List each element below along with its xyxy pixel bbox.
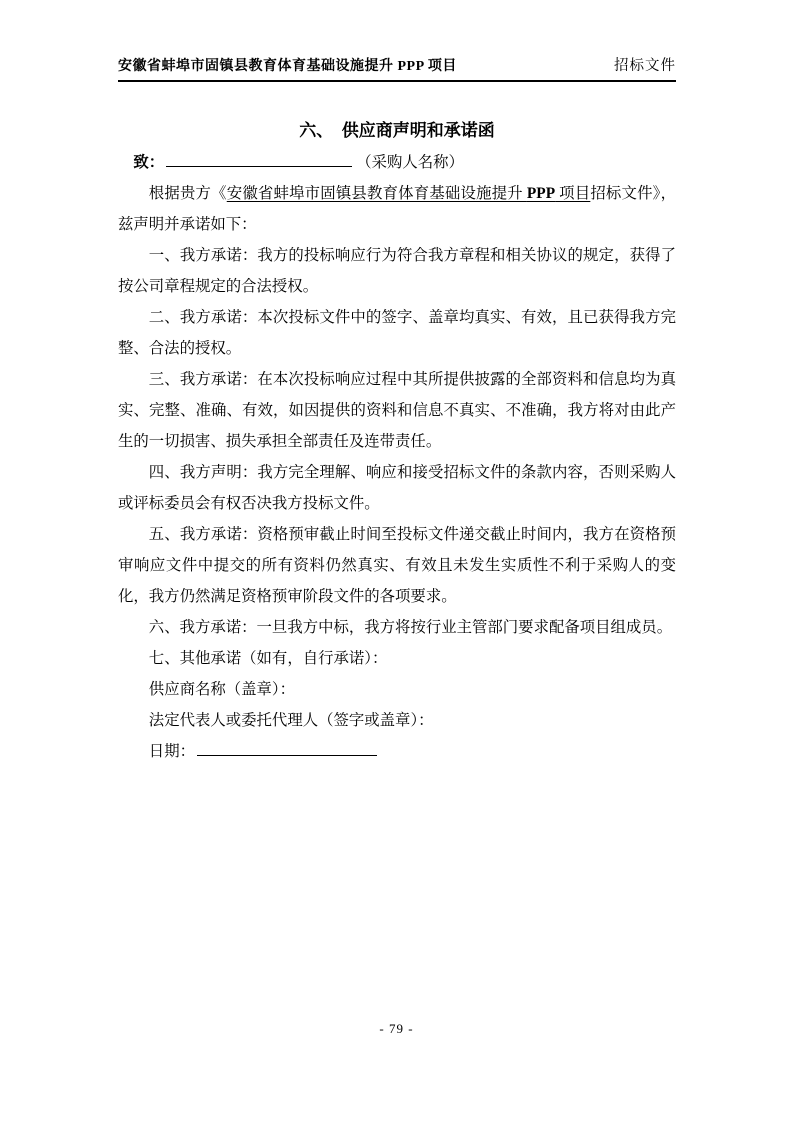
declaration-paragraph-6: 六、我方承诺：一旦我方中标，我方将按行业主管部门要求配备项目组成员。 bbox=[118, 612, 676, 643]
page-footer: - 79 - bbox=[0, 1021, 793, 1037]
project-name-post: 项目 bbox=[555, 185, 590, 202]
purchaser-name-blank bbox=[166, 152, 352, 167]
representative-line: 法定代表人或委托代理人（签字或盖章）： bbox=[118, 705, 676, 736]
declaration-paragraph-2: 二、我方承诺：本次投标文件中的签字、盖章均真实、有效，且已获得我方完整、合法的授… bbox=[118, 302, 676, 364]
declaration-paragraph-1: 一、我方承诺：我方的投标响应行为符合我方章程和相关协议的规定，获得了按公司章程规… bbox=[118, 240, 676, 302]
purchaser-name-hint: （采购人名称） bbox=[356, 154, 464, 171]
declaration-paragraph-7: 七、其他承诺（如有，自行承诺）： bbox=[118, 643, 676, 674]
supplier-name-line: 供应商名称（盖章）： bbox=[118, 674, 676, 705]
page-number: - 79 - bbox=[379, 1021, 413, 1036]
salutation-label: 致： bbox=[133, 154, 164, 171]
header-doc-type: 招标文件 bbox=[614, 54, 676, 75]
intro-paragraph: 根据贵方《安徽省蚌埠市固镇县教育体育基础设施提升 PPP 项目招标文件》，兹声明… bbox=[118, 178, 676, 240]
intro-prefix: 根据贵方《 bbox=[149, 185, 227, 202]
page-header: 安徽省蚌埠市固镇县教育体育基础设施提升 PPP 项目 招标文件 bbox=[118, 54, 676, 82]
salutation-line: 致：（采购人名称） bbox=[118, 147, 676, 178]
date-line: 日期： bbox=[118, 736, 676, 767]
header-project-title: 安徽省蚌埠市固镇县教育体育基础设施提升 PPP 项目 bbox=[118, 55, 457, 75]
document-body: 六、 供应商声明和承诺函 致：（采购人名称） 根据贵方《安徽省蚌埠市固镇县教育体… bbox=[118, 114, 676, 767]
project-name-ppp: PPP bbox=[527, 185, 555, 202]
section-title: 六、 供应商声明和承诺函 bbox=[118, 114, 676, 147]
date-label: 日期： bbox=[149, 743, 195, 760]
document-page: 安徽省蚌埠市固镇县教育体育基础设施提升 PPP 项目 招标文件 六、 供应商声明… bbox=[0, 0, 793, 1122]
declaration-paragraph-4: 四、我方声明：我方完全理解、响应和接受招标文件的条款内容，否则采购人或评标委员会… bbox=[118, 457, 676, 519]
declaration-paragraph-5: 五、我方承诺：资格预审截止时间至投标文件递交截止时间内，我方在资格预审响应文件中… bbox=[118, 519, 676, 612]
project-name-pre: 安徽省蚌埠市固镇县教育体育基础设施提升 bbox=[227, 185, 527, 202]
date-blank bbox=[197, 741, 377, 756]
project-name-underlined: 安徽省蚌埠市固镇县教育体育基础设施提升 PPP 项目 bbox=[227, 185, 591, 202]
declaration-paragraph-3: 三、我方承诺：在本次投标响应过程中其所提供披露的全部资料和信息均为真实、完整、准… bbox=[118, 364, 676, 457]
